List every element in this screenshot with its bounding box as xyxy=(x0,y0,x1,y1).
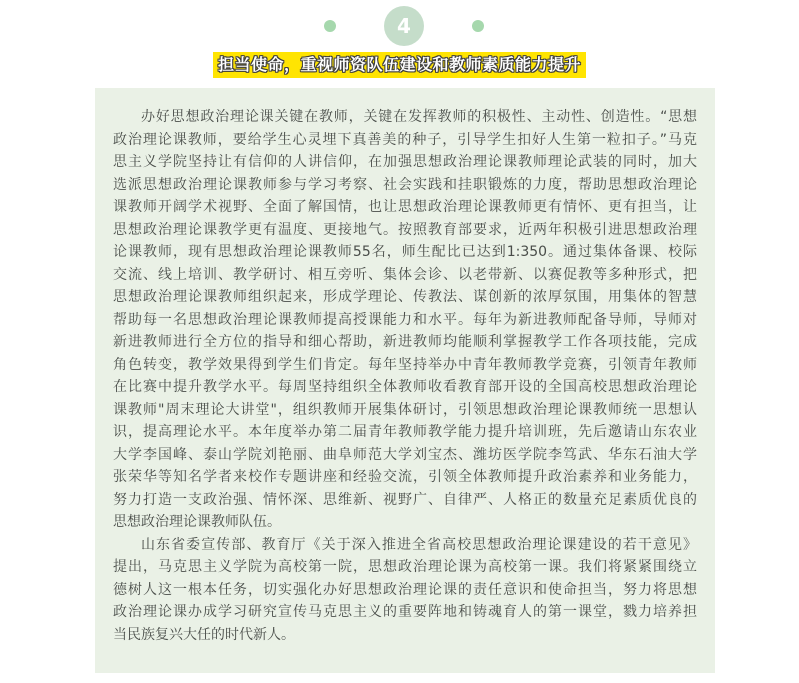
text-line: 课教师开阔学术视野、全面了解国情，也让思想政治理论课教师更有情怀、更有担当，让 xyxy=(113,196,697,219)
text-line: 思主义学院坚持让有信仰的人讲信仰，在加强思想政治理论课教师理论武装的同时，加大 xyxy=(113,151,697,174)
text-line: 在比赛中提升教学水平。每周坚持组织全体教师收看教育部开设的全国高校思想政治理论 xyxy=(113,376,697,399)
text-line: 德树人这一根本任务，切实强化办好思想政治理论课的责任意识和使命担当，努力将思想 xyxy=(113,579,697,602)
text-line: 提出，马克思主义学院为高校第一院，思想政治理论课为高校第一课。我们将紧紧围绕立 xyxy=(113,556,697,579)
text-line: 当民族复兴大任的时代新人。 xyxy=(113,624,697,647)
text-line: 办好思想政治理论课关键在教师，关键在发挥教师的积极性、主动性、创造性。“思想 xyxy=(113,106,697,129)
text-line: 大学李国峰、泰山学院刘艳丽、曲阜师范大学刘宝杰、潍坊医学院李笃武、华东石油大学 xyxy=(113,444,697,467)
title-row: 担当使命，重视师资队伍建设和教师素质能力提升 xyxy=(0,52,799,78)
text-line: 思想政治理论课教学更有温度、更接地气。按照教育部要求，近两年积极引进思想政治理 xyxy=(113,219,697,242)
section-number-badge: 4 xyxy=(384,6,424,46)
text-line: 政治理论课办成学习研究宣传马克思主义的重要阵地和铸魂育人的第一课堂，戮力培养担 xyxy=(113,601,697,624)
text-line: 新进教师进行全方位的指导和细心帮助，新进教师均能顺利掌握教学工作各项技能，完成 xyxy=(113,331,697,354)
text-line: 帮助每一名思想政治理论课教师提高授课能力和水平。每年为新进教师配备导师，导师对 xyxy=(113,309,697,332)
text-line: 山东省委宣传部、教育厅《关于深入推进全省高校思想政治理论课建设的若干意见》 xyxy=(113,534,697,557)
text-line: 张荣华等知名学者来校作专题讲座和经验交流，引领全体教师提升政治素养和业务能力， xyxy=(113,466,697,489)
text-line: 思想政治理论课教师组织起来，形成学理论、传教法、谋创新的浓厚氛围，用集体的智慧 xyxy=(113,286,697,309)
text-line: 论课教师，现有思想政治理论课教师55名，师生配比已达到1:350。通过集体备课、… xyxy=(113,241,697,264)
text-line: 努力打造一支政治强、情怀深、思维新、视野广、自律严、人格正的数量充足素质优良的 xyxy=(113,489,697,512)
page: 4 担当使命，重视师资队伍建设和教师素质能力提升 办好思想政治理论课关键在教师，… xyxy=(0,0,799,683)
text-line: 交流、线上培训、教学研讨、相互旁听、集体会诊、以老带新、以赛促教等多种形式，把 xyxy=(113,264,697,287)
decor-dot-right xyxy=(472,20,484,32)
section-header: 4 担当使命，重视师资队伍建设和教师素质能力提升 xyxy=(0,0,799,88)
section-number: 4 xyxy=(397,14,411,38)
text-line: 识，提高理论水平。本年度举办第二届青年教师教学能力提升培训班，先后邀请山东农业 xyxy=(113,421,697,444)
text-line: 选派思想政治理论课教师参与学习考察、社会实践和挂职锻炼的力度，帮助思想政治理论 xyxy=(113,174,697,197)
section-title: 担当使命，重视师资队伍建设和教师素质能力提升 xyxy=(213,52,586,78)
text-line: 角色转变，教学效果得到学生们肯定。每年坚持举办中青年教师教学竞赛，引领青年教师 xyxy=(113,354,697,377)
text-line: 课教师"周末理论大讲堂"，组织教师开展集体研讨，引领思想政治理论课教师统一思想认 xyxy=(113,399,697,422)
article-body: 办好思想政治理论课关键在教师，关键在发挥教师的积极性、主动性、创造性。“思想政治… xyxy=(113,106,697,646)
text-line: 思想政治理论课教师队伍。 xyxy=(113,511,697,534)
text-line: 政治理论课教师，要给学生心灵埋下真善美的种子，引导学生扣好人生第一粒扣子。”马克 xyxy=(113,129,697,152)
decor-dot-left xyxy=(324,20,336,32)
article-panel: 办好思想政治理论课关键在教师，关键在发挥教师的积极性、主动性、创造性。“思想政治… xyxy=(95,88,715,673)
